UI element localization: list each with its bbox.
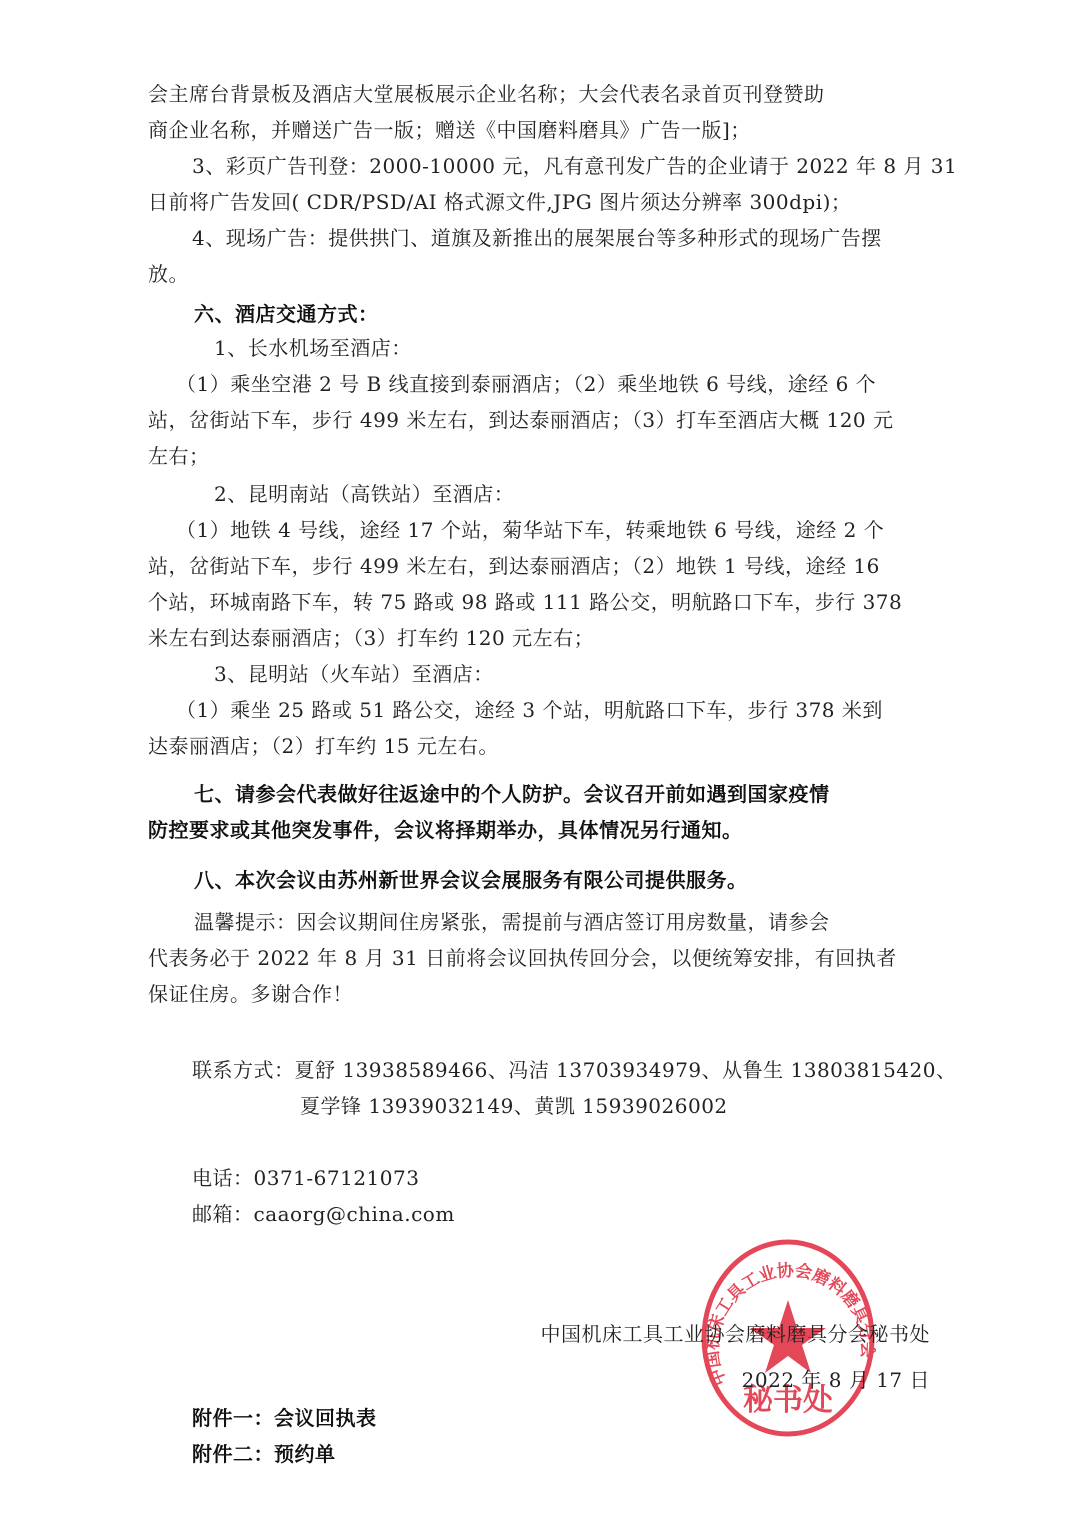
signature-date: 2022 年 8 月 17 日 (742, 1362, 930, 1398)
text-line: 2、昆明南站（高铁站）至酒店： (214, 476, 514, 512)
contacts-line-1: 联系方式：夏舒 13938589466、冯洁 13703934979、从鲁生 1… (192, 1052, 956, 1088)
contacts-line-2: 夏学锋 13939032149、黄凯 15939026002 (300, 1088, 728, 1124)
text-line: （1）乘坐空港 2 号 B 线直接到泰丽酒店；（2）乘坐地铁 6 号线，途经 6… (176, 366, 876, 402)
attachment-1[interactable]: 附件一：会议回执表 (192, 1400, 377, 1436)
text-line: 商企业名称，并赠送广告一版；赠送《中国磨料磨具》广告一版]； (148, 112, 751, 148)
text-line: 七、请参会代表做好往返途中的个人防护。会议召开前如遇到国家疫情 (194, 776, 830, 812)
text-line: 4、现场广告：提供拱门、道旗及新推出的展架展台等多种形式的现场广告摆 (192, 220, 882, 256)
text-line: 放。 (148, 256, 189, 292)
attachment-2[interactable]: 附件二：预约单 (192, 1436, 336, 1472)
phone-line: 电话：0371-67121073 (192, 1160, 419, 1196)
text-line: 站，岔街站下车，步行 499 米左右，到达泰丽酒店；（3）打车至酒店大概 120… (148, 402, 894, 438)
text-line: 左右； (148, 438, 210, 474)
text-line: 八、本次会议由苏州新世界会议会展服务有限公司提供服务。 (194, 862, 748, 898)
text-line: 保证住房。多谢合作！ (148, 976, 353, 1012)
text-line: （1）乘坐 25 路或 51 路公交，途经 3 个站，明航路口下车，步行 378… (176, 692, 883, 728)
text-line: 代表务必于 2022 年 8 月 31 日前将会议回执传回分会，以便统筹安排，有… (148, 940, 897, 976)
text-line: 达泰丽酒店；（2）打车约 15 元左右。 (148, 728, 499, 764)
text-line: 米左右到达泰丽酒店；（3）打车约 120 元左右； (148, 620, 594, 656)
text-line: 日前将广告发回( CDR/PSD/AI 格式源文件,JPG 图片须达分辨率 30… (148, 184, 851, 220)
text-line: 3、彩页广告刊登：2000-10000 元，凡有意刊发广告的企业请于 2022 … (192, 148, 957, 184)
text-line: 3、昆明站（火车站）至酒店： (214, 656, 494, 692)
text-line: 会主席台背景板及酒店大堂展板展示企业名称；大会代表名录首页刊登赞助 (148, 76, 825, 112)
text-line: 1、长水机场至酒店： (214, 330, 412, 366)
text-line: 站，岔街站下车，步行 499 米左右，到达泰丽酒店；（2）地铁 1 号线，途经 … (148, 548, 880, 584)
text-line: 六、酒店交通方式： (194, 296, 379, 332)
text-line: （1）地铁 4 号线，途经 17 个站，菊华站下车，转乘地铁 6 号线，途经 2… (176, 512, 884, 548)
text-line: 个站，环城南路下车，转 75 路或 98 路或 111 路公交，明航路口下车，步… (148, 584, 902, 620)
text-line: 防控要求或其他突发事件，会议将择期举办，具体情况另行通知。 (148, 812, 743, 848)
signature-org: 中国机床工具工业协会磨料磨具分会秘书处 (541, 1316, 931, 1352)
text-line: 温馨提示：因会议期间住房紧张，需提前与酒店签订用房数量，请参会 (194, 904, 830, 940)
email-line: 邮箱：caaorg@china.com (192, 1196, 455, 1232)
